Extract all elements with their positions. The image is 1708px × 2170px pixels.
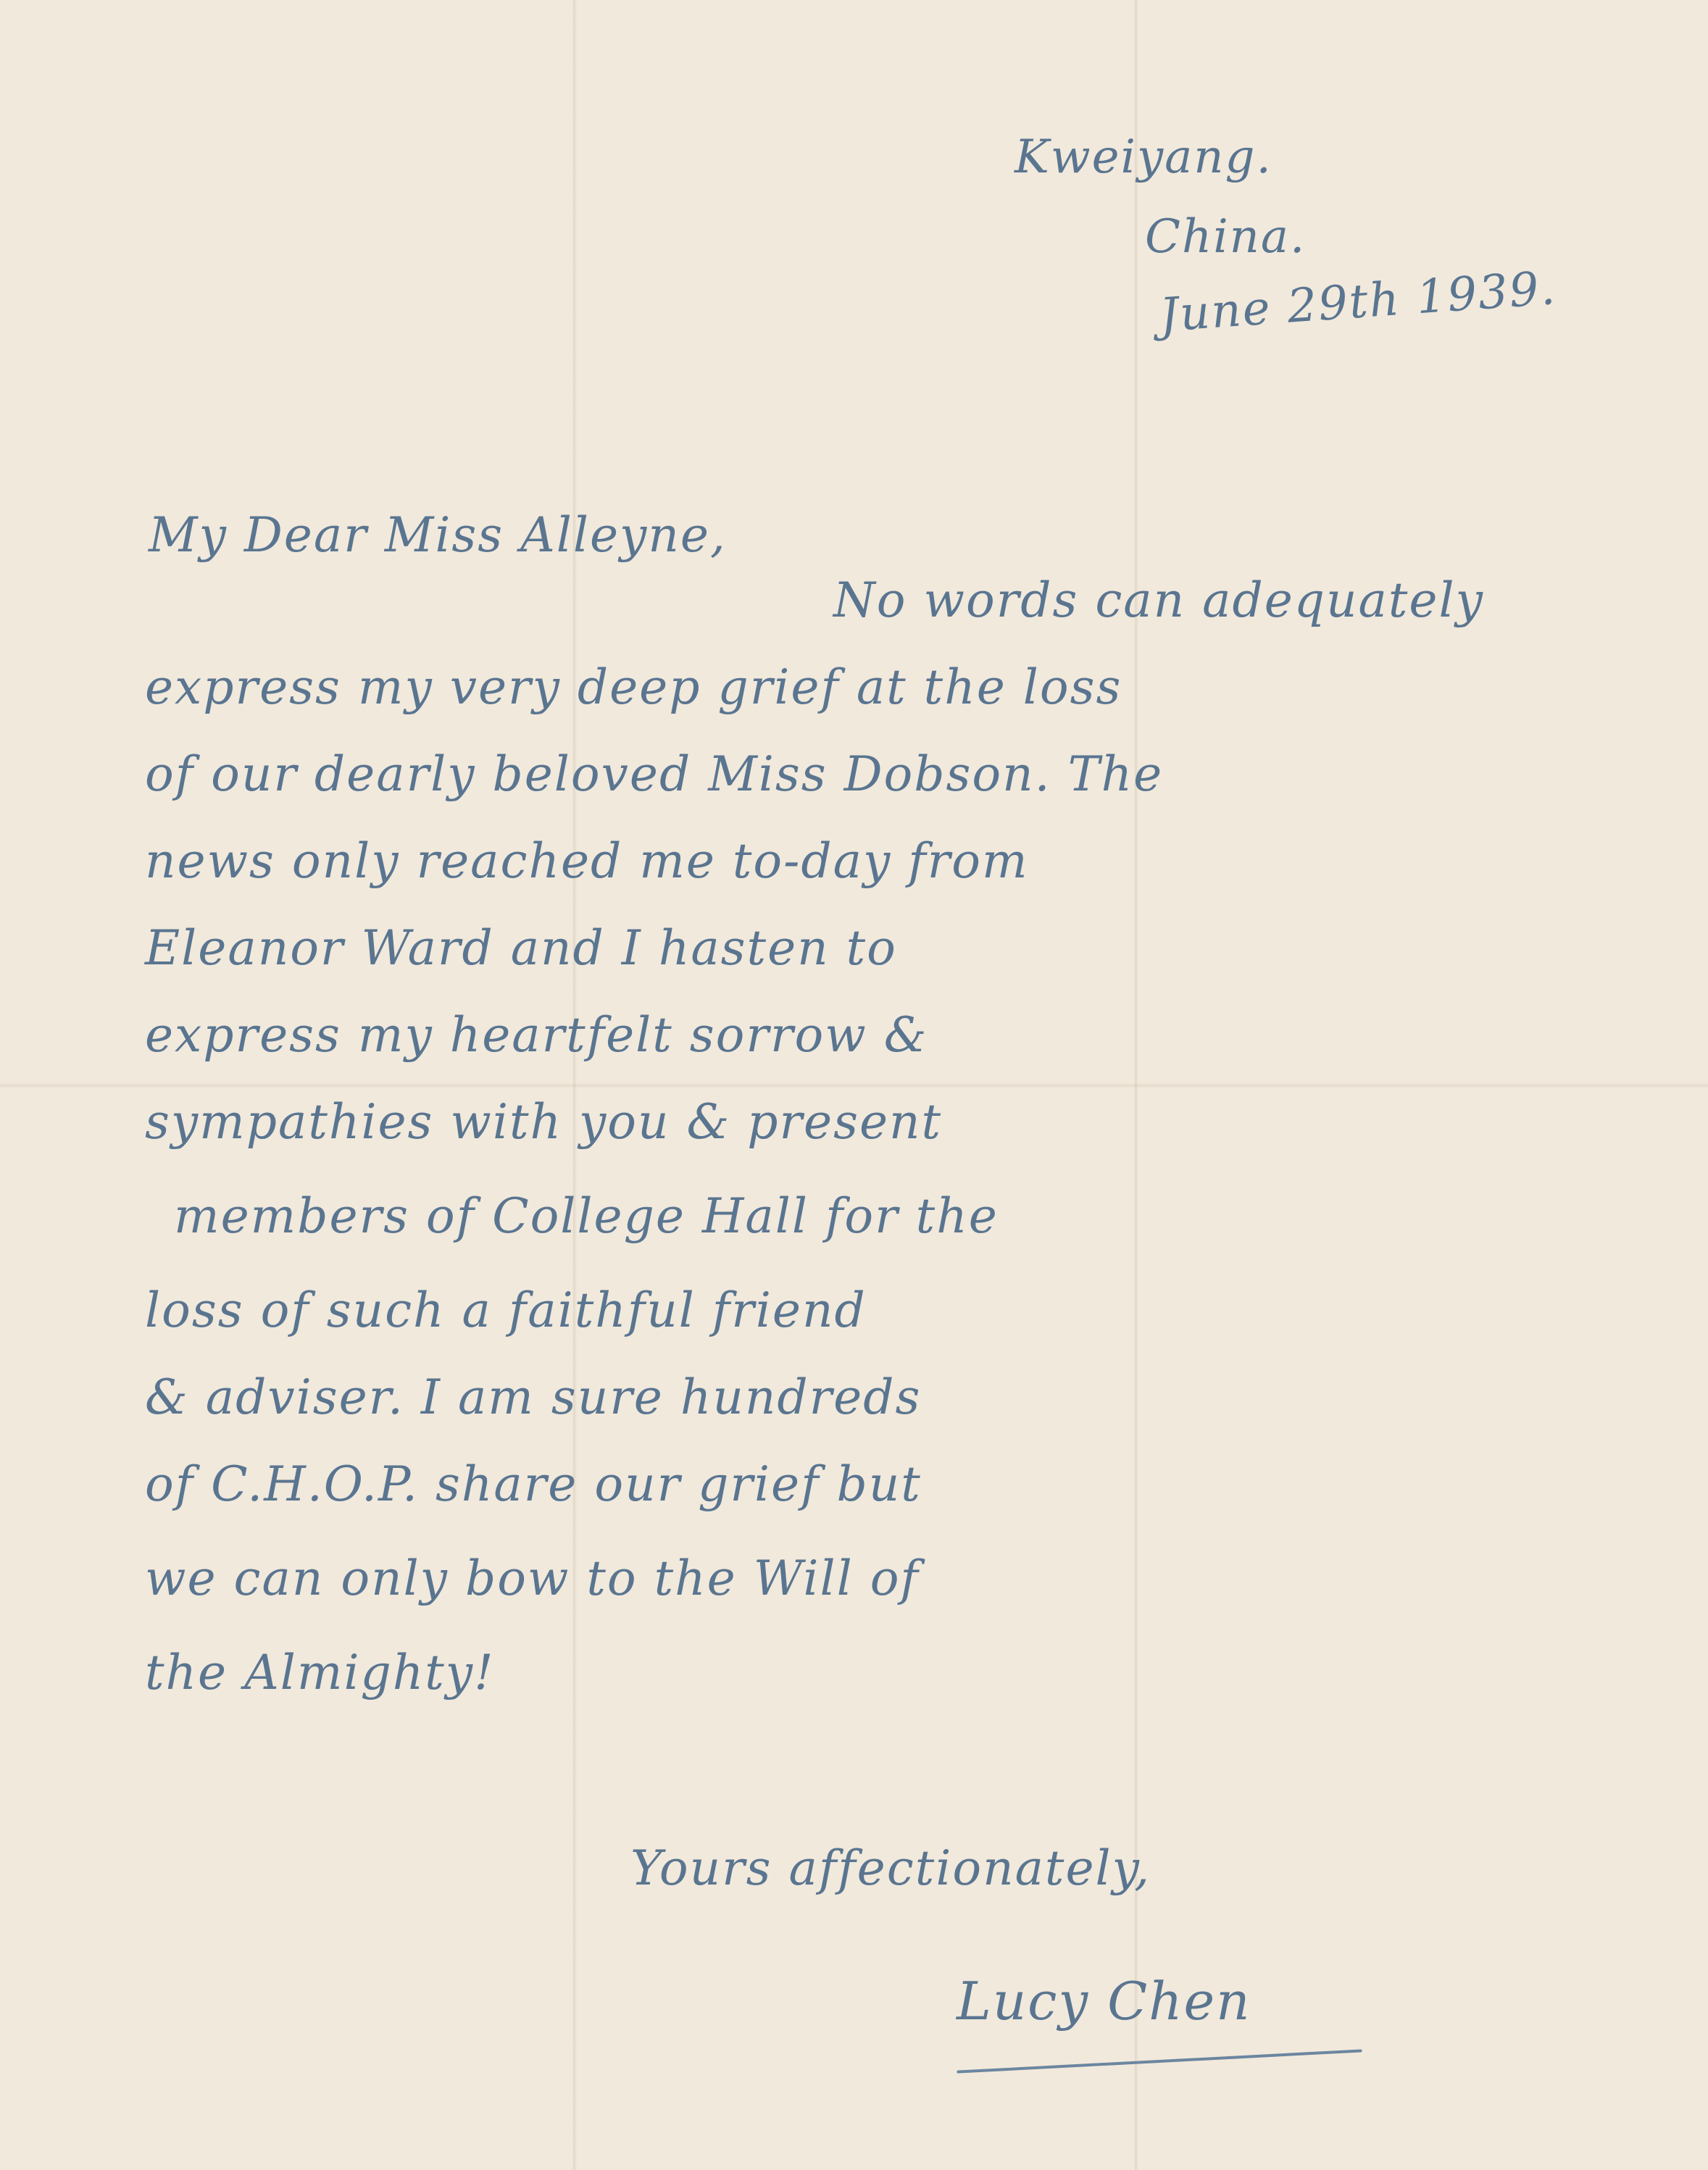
letter-date: June 29th 1939.	[1158, 262, 1558, 343]
body-line-11: of C.H.O.P. share our grief but	[145, 1456, 922, 1512]
body-line-7: sympathies with you & present	[145, 1094, 942, 1150]
body-line-4: news only reached me to-day from	[145, 833, 1029, 889]
body-line-12: we can only bow to the Will of	[145, 1551, 920, 1606]
body-line-2: express my very deep grief at the loss	[145, 659, 1122, 715]
signature: Lucy Chen	[957, 1971, 1251, 2032]
body-line-9: loss of such a faithful friend	[145, 1282, 867, 1338]
salutation: My Dear Miss Alleyne,	[149, 507, 727, 563]
body-line-3: of our dearly beloved Miss Dobson. The	[145, 746, 1163, 802]
closing: Yours affectionately,	[630, 1840, 1151, 1896]
body-line-1: No words can adequately	[833, 572, 1484, 628]
letter-paper: Kweiyang. China. June 29th 1939. My Dear…	[0, 0, 1708, 2170]
address-country: China.	[1145, 210, 1306, 264]
body-line-10: & adviser. I am sure hundreds	[145, 1369, 921, 1425]
body-line-6: express my heartfelt sorrow &	[145, 1007, 928, 1063]
body-line-13: the Almighty!	[145, 1645, 495, 1700]
body-line-8: members of College Hall for the	[174, 1188, 999, 1244]
body-line-5: Eleanor Ward and I hasten to	[145, 920, 897, 976]
address-city: Kweiyang.	[1015, 130, 1272, 184]
signature-underline	[957, 2049, 1362, 2073]
